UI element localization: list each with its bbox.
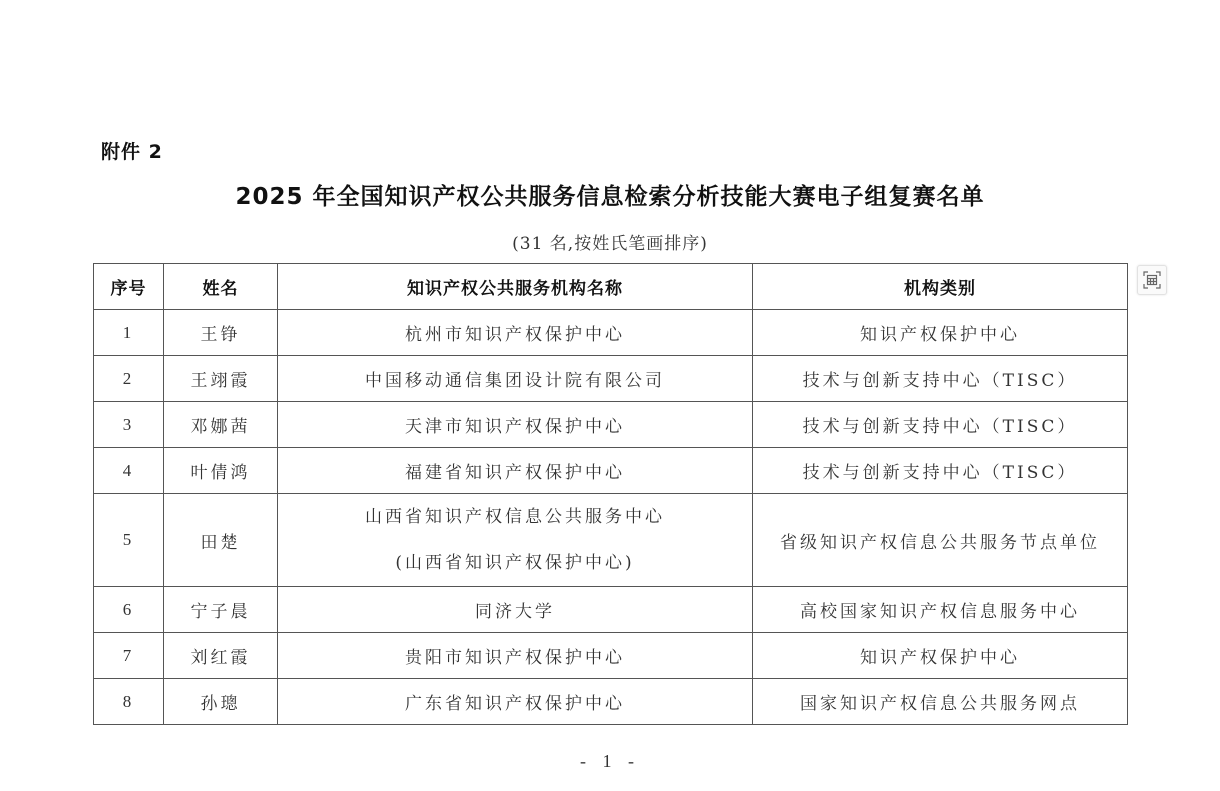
cell-category: 技术与创新支持中心（TISC） <box>753 402 1128 448</box>
cell-name: 邓娜茜 <box>164 402 278 448</box>
cell-category: 技术与创新支持中心（TISC） <box>753 448 1128 494</box>
organization-line: (山西省知识产权保护中心) <box>278 540 752 586</box>
cell-name: 田楚 <box>164 494 278 587</box>
cell-name: 宁子晨 <box>164 587 278 633</box>
roster-table: 序号 姓名 知识产权公共服务机构名称 机构类别 1 王铮 杭州市知识产权保护中心… <box>93 263 1128 725</box>
cell-name: 王铮 <box>164 310 278 356</box>
cell-organization: 广东省知识产权保护中心 <box>278 679 753 725</box>
header-seq: 序号 <box>94 264 164 310</box>
cell-seq: 1 <box>94 310 164 356</box>
document-subtitle: (31 名,按姓氏笔画排序) <box>0 229 1220 254</box>
table-header-row: 序号 姓名 知识产权公共服务机构名称 机构类别 <box>94 264 1128 310</box>
table-row: 3 邓娜茜 天津市知识产权保护中心 技术与创新支持中心（TISC） <box>94 402 1128 448</box>
cell-seq: 3 <box>94 402 164 448</box>
cell-seq: 5 <box>94 494 164 587</box>
attachment-label: 附件 2 <box>101 137 163 164</box>
header-organization: 知识产权公共服务机构名称 <box>278 264 753 310</box>
table-row: 5 田楚 山西省知识产权信息公共服务中心 (山西省知识产权保护中心) 省级知识产… <box>94 494 1128 587</box>
organization-line: 山西省知识产权信息公共服务中心 <box>278 494 752 540</box>
table-row: 2 王翊霞 中国移动通信集团设计院有限公司 技术与创新支持中心（TISC） <box>94 356 1128 402</box>
document-title: 2025 年全国知识产权公共服务信息检索分析技能大赛电子组复赛名单 <box>0 178 1220 211</box>
cell-category: 知识产权保护中心 <box>753 310 1128 356</box>
cell-name: 孙璁 <box>164 679 278 725</box>
cell-seq: 2 <box>94 356 164 402</box>
table-row: 8 孙璁 广东省知识产权保护中心 国家知识产权信息公共服务网点 <box>94 679 1128 725</box>
header-name: 姓名 <box>164 264 278 310</box>
table-row: 6 宁子晨 同济大学 高校国家知识产权信息服务中心 <box>94 587 1128 633</box>
cell-category: 知识产权保护中心 <box>753 633 1128 679</box>
page-number: - 1 - <box>0 751 1220 772</box>
table-row: 7 刘红霞 贵阳市知识产权保护中心 知识产权保护中心 <box>94 633 1128 679</box>
cell-seq: 6 <box>94 587 164 633</box>
cell-category: 国家知识产权信息公共服务网点 <box>753 679 1128 725</box>
cell-name: 刘红霞 <box>164 633 278 679</box>
cell-category: 省级知识产权信息公共服务节点单位 <box>753 494 1128 587</box>
table-extract-button[interactable] <box>1137 265 1167 295</box>
cell-category: 技术与创新支持中心（TISC） <box>753 356 1128 402</box>
cell-organization: 中国移动通信集团设计院有限公司 <box>278 356 753 402</box>
cell-organization: 杭州市知识产权保护中心 <box>278 310 753 356</box>
table-row: 1 王铮 杭州市知识产权保护中心 知识产权保护中心 <box>94 310 1128 356</box>
cell-seq: 8 <box>94 679 164 725</box>
table-extract-icon <box>1143 271 1161 289</box>
cell-name: 王翊霞 <box>164 356 278 402</box>
cell-name: 叶倩鸿 <box>164 448 278 494</box>
cell-organization: 同济大学 <box>278 587 753 633</box>
cell-organization: 天津市知识产权保护中心 <box>278 402 753 448</box>
header-category: 机构类别 <box>753 264 1128 310</box>
cell-organization: 山西省知识产权信息公共服务中心 (山西省知识产权保护中心) <box>278 494 753 587</box>
cell-category: 高校国家知识产权信息服务中心 <box>753 587 1128 633</box>
cell-seq: 4 <box>94 448 164 494</box>
cell-seq: 7 <box>94 633 164 679</box>
table-row: 4 叶倩鸿 福建省知识产权保护中心 技术与创新支持中心（TISC） <box>94 448 1128 494</box>
cell-organization: 福建省知识产权保护中心 <box>278 448 753 494</box>
cell-organization: 贵阳市知识产权保护中心 <box>278 633 753 679</box>
